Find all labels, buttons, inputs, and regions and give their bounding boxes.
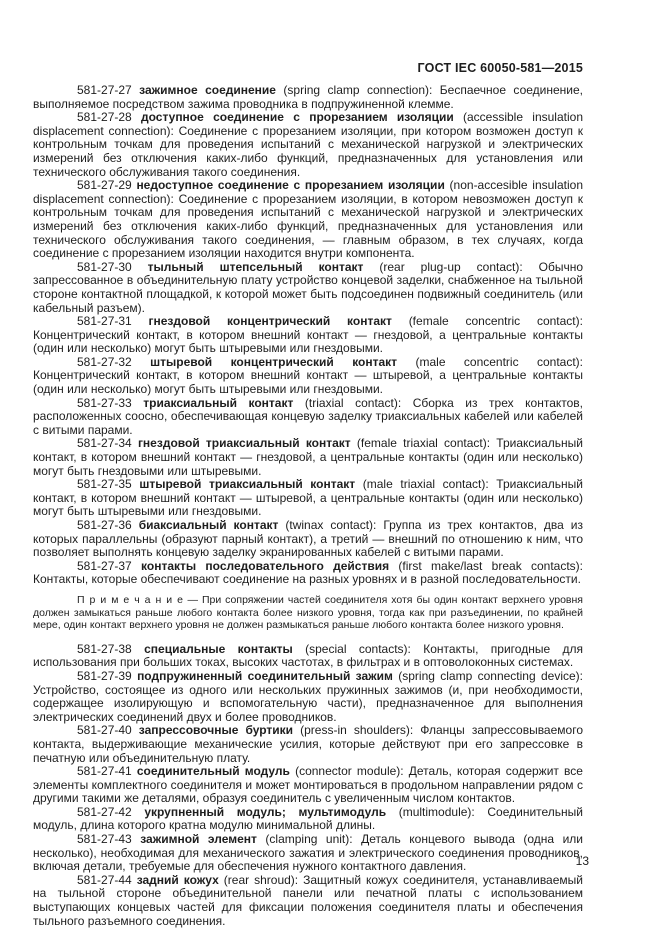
entry-term: зажимное соединение xyxy=(139,83,276,97)
definition-entry: 581-27-38 специальные контакты (special … xyxy=(33,643,583,670)
entry-number: 581-27-30 xyxy=(77,260,132,274)
entry-definition: Контакты, которые обеспечивают соединени… xyxy=(33,572,581,586)
entry-term: гнездовой триаксиальный контакт xyxy=(138,436,351,450)
entry-definition: Концентрический контакт, в котором внешн… xyxy=(33,368,583,396)
entry-english-term: (triaxial contact): xyxy=(305,396,401,410)
definition-entry: 581-27-33 триаксиальный контакт (triaxia… xyxy=(33,397,583,438)
definitions-list: 581-27-27 зажимное соединение (spring cl… xyxy=(33,84,583,928)
entry-term: гнездовой концентрический контакт xyxy=(149,314,392,328)
definition-entry: 581-27-36 биаксиальный контакт (twinax c… xyxy=(33,519,583,560)
entry-english-term: (twinax contact): xyxy=(285,518,376,532)
entry-number: 581-27-36 xyxy=(77,518,132,532)
entry-term: доступное соединение с прорезанием изоля… xyxy=(141,110,454,124)
definition-entry: 581-27-35 штыревой триаксиальный контакт… xyxy=(33,478,583,519)
entry-term: штыревой концентрический контакт xyxy=(150,355,397,369)
entry-number: 581-27-28 xyxy=(77,110,132,124)
entry-number: 581-27-40 xyxy=(77,723,132,737)
definition-entry: 581-27-29 недоступное соединение с проре… xyxy=(33,179,583,261)
entry-english-term: (spring clamp connection): xyxy=(283,83,432,97)
page-number: 13 xyxy=(33,854,589,868)
entry-number: 581-27-38 xyxy=(77,642,132,656)
definition-entry: 581-27-37 контакты последовательного дей… xyxy=(33,560,583,587)
entry-number: 581-27-31 xyxy=(77,314,132,328)
entry-english-term: (spring clamp connecting device): xyxy=(398,669,583,683)
entry-number: 581-27-44 xyxy=(77,873,132,887)
entry-english-term: (female concentric contact): xyxy=(409,314,583,328)
entry-term: контакты последовательного действия xyxy=(141,559,389,573)
entry-english-term: (first make/last break contacts): xyxy=(398,559,583,573)
entry-number: 581-27-35 xyxy=(77,477,132,491)
note-paragraph: П р и м е ч а н и е — При сопряжении час… xyxy=(33,594,583,632)
entry-number: 581-27-27 xyxy=(77,83,132,97)
entry-term: штыревой триаксиальный контакт xyxy=(139,477,355,491)
entry-term: недоступное соединение с прорезанием изо… xyxy=(136,178,444,192)
entry-english-term: (press-in shoulders): xyxy=(300,723,413,737)
entry-term: зажимной элемент xyxy=(140,832,257,846)
entry-definition: Устройство, состоящее из одного или неск… xyxy=(33,683,583,724)
definition-entry: 581-27-41 соединительный модуль (connect… xyxy=(33,765,583,806)
entry-english-term: (male concentric contact): xyxy=(415,355,583,369)
entry-english-term: (rear shroud): xyxy=(224,873,298,887)
definition-entry: 581-27-30 тыльный штепсельный контакт (r… xyxy=(33,261,583,315)
entry-term: тыльный штепсельный контакт xyxy=(148,260,364,274)
definition-entry: 581-27-42 укрупненный модуль; мультимоду… xyxy=(33,806,583,833)
entry-number: 581-27-33 xyxy=(77,396,132,410)
entry-english-term: (rear plug-up contact): xyxy=(379,260,522,274)
entry-term: триаксиальный контакт xyxy=(143,396,293,410)
entry-term: биаксиальный контакт xyxy=(139,518,279,532)
entry-definition: Концентрический контакт, в котором внешн… xyxy=(33,328,583,356)
entry-number: 581-27-41 xyxy=(77,764,132,778)
definition-entry: 581-27-31 гнездовой концентрический конт… xyxy=(33,315,583,356)
definition-entry: 581-27-28 доступное соединение с прореза… xyxy=(33,111,583,179)
definition-entry: 581-27-34 гнездовой триаксиальный контак… xyxy=(33,437,583,478)
running-header: ГОСТ IEC 60050-581—2015 xyxy=(33,61,583,75)
entry-number: 581-27-32 xyxy=(77,355,132,369)
entry-number: 581-27-39 xyxy=(77,669,132,683)
entry-number: 581-27-34 xyxy=(77,436,132,450)
entry-english-term: (male triaxial contact): xyxy=(363,477,489,491)
definition-entry: 581-27-40 запрессовочные буртики (press-… xyxy=(33,724,583,765)
definition-entry: 581-27-39 подпружиненный соединительный … xyxy=(33,670,583,724)
entry-number: 581-27-42 xyxy=(77,805,132,819)
entry-term: запрессовочные буртики xyxy=(139,723,293,737)
entry-term: подпружиненный соединительный зажим xyxy=(137,669,393,683)
entry-term: укрупненный модуль; мультимодуль xyxy=(144,805,386,819)
definition-entry: 581-27-27 зажимное соединение (spring cl… xyxy=(33,84,583,111)
note-label: П р и м е ч а н и е xyxy=(77,594,183,606)
entry-english-term: (connector module): xyxy=(295,764,404,778)
document-page: ГОСТ IEC 60050-581—2015 581-27-27 зажимн… xyxy=(0,0,661,935)
definition-entry: 581-27-32 штыревой концентрический конта… xyxy=(33,356,583,397)
entry-term: задний кожух xyxy=(137,873,219,887)
entry-number: 581-27-43 xyxy=(77,832,132,846)
entry-english-term: (clamping unit): xyxy=(265,832,352,846)
entry-english-term: (female triaxial contact): xyxy=(357,436,490,450)
entry-english-term: (multimodule): xyxy=(399,805,475,819)
definition-entry: 581-27-44 задний кожух (rear shroud): За… xyxy=(33,874,583,928)
entry-term: специальные контакты xyxy=(144,642,293,656)
entry-english-term: (special contacts): xyxy=(305,642,411,656)
entry-term: соединительный модуль xyxy=(137,764,290,778)
entry-number: 581-27-29 xyxy=(77,178,132,192)
entry-number: 581-27-37 xyxy=(77,559,132,573)
